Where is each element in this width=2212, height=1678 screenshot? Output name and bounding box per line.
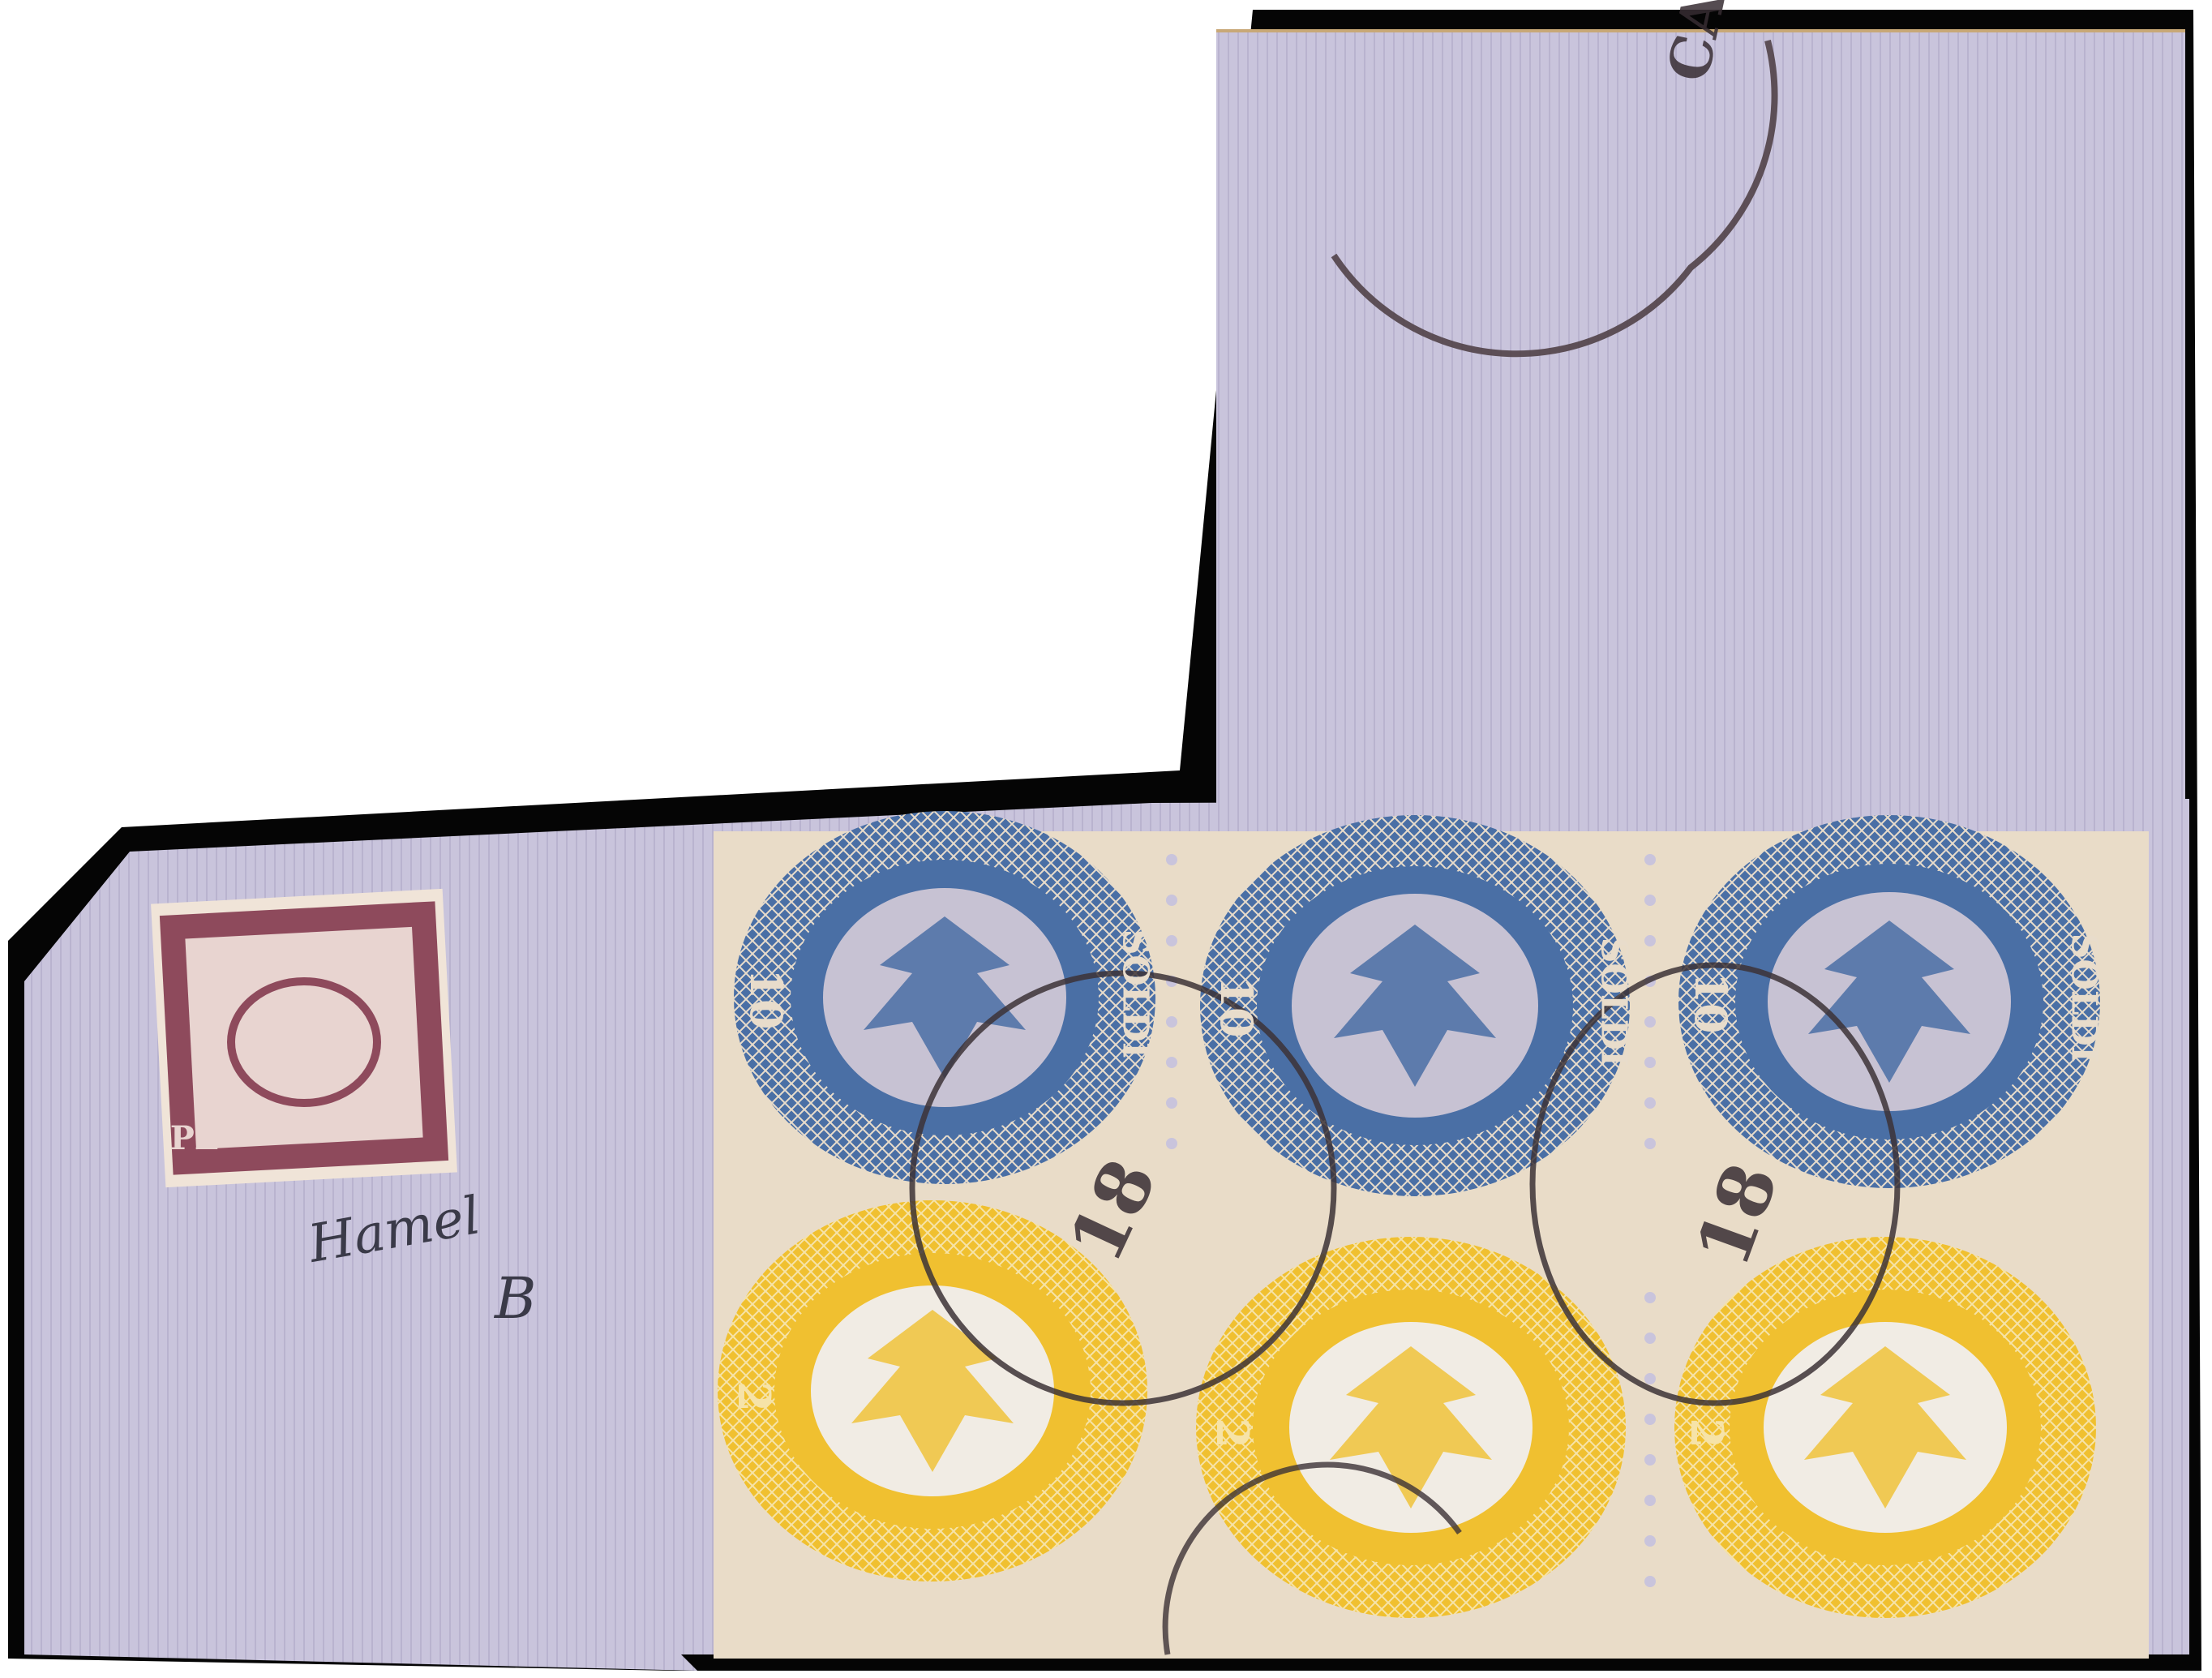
blue-stamp-denomination-3: 10 — [1685, 971, 1737, 1036]
stamp-cover-scene: CAIRO 18 18 10 10 10 SOLDI SOLDI SOLDI 2… — [0, 0, 2212, 1678]
blue-stamp-denomination-1: 10 — [740, 967, 792, 1032]
blue-stamp-currency-1: SOLDI — [1115, 905, 1156, 1084]
cover-fragment-svg — [0, 0, 2212, 1678]
yellow-stamp-denomination-1: 2 — [728, 1364, 780, 1429]
blue-stamp-currency-3: SOLDI — [2064, 909, 2105, 1088]
manuscript-initial: B — [495, 1265, 536, 1332]
blue-stamp-currency-2: SOLDI — [1593, 913, 1635, 1092]
yellow-stamp-denomination-3: 2 — [1681, 1401, 1733, 1466]
egypt-stamp-corner-text: PE — [162, 1119, 227, 1157]
blue-stamp-denomination-2: 10 — [1211, 975, 1262, 1040]
cover-flap — [1216, 29, 2185, 840]
yellow-stamp-denomination-2: 2 — [1207, 1401, 1258, 1466]
